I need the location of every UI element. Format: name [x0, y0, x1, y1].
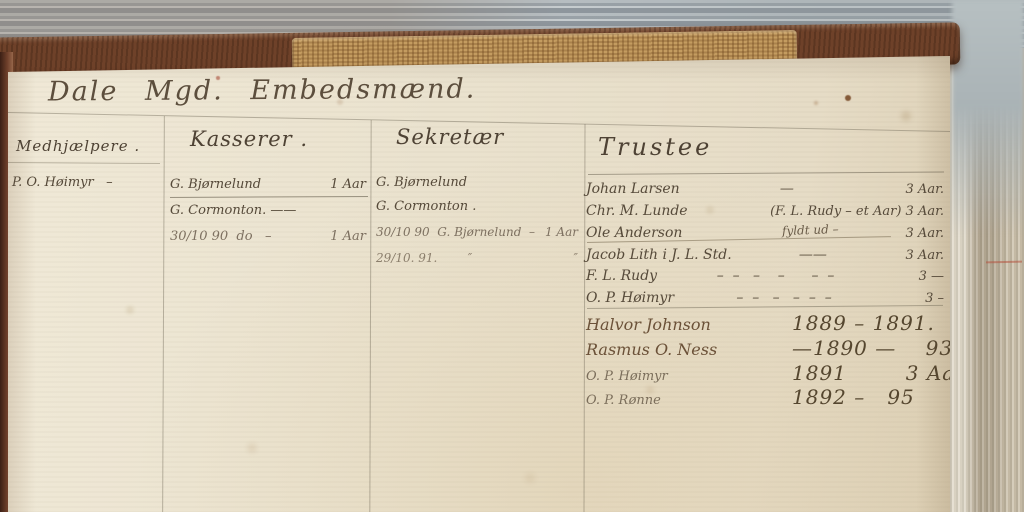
page-title: Dale Mgd. Embedsmænd. [48, 75, 476, 108]
trustee-row: O. P. Høimyr – – – – – – 3 – [586, 291, 944, 306]
trustee-name: Halvor Johnson [586, 316, 776, 334]
entry-term: 1 Aar [545, 226, 578, 239]
column-header-trustee: Trustee [598, 134, 712, 160]
medhjalpere-entry: P. O. Høimyr – [12, 176, 113, 190]
ledger-page: Dale Mgd. Embedsmænd. Medhjælpere . Kass… [8, 56, 950, 512]
trustee-row: Jacob Lith i J. L. Std. —— 3 Aar. [586, 248, 944, 263]
trustee-row: Halvor Johnson 1889 – 1891. [586, 312, 944, 334]
column-header-kasserer: Kasserer . [190, 128, 308, 151]
entry-text: 30/10 90 G. Bjørnelund – [376, 226, 535, 239]
trustee-row: Chr. M. Lunde (F. L. Rudy – et Aar) 3 Aa… [586, 204, 944, 219]
sekretar-entry-row: G. Cormonton . [376, 200, 578, 214]
column-header-medhjalpere: Medhjælpere . [16, 138, 140, 155]
trustee-dashes: — [680, 182, 894, 197]
entry-text: 29/10. 91. ″ [376, 252, 472, 265]
trustee-years: 1892 – 95 [776, 386, 944, 408]
entry-term: 1 Aar [330, 178, 366, 192]
trustee-years: 1891 3 Aar [776, 362, 966, 384]
trustee-name: O. P. Rønne [586, 394, 776, 408]
trustee-term: 3 — [894, 270, 944, 284]
trustee-name: Chr. M. Lunde [586, 204, 688, 219]
kasserer-entry-row: 30/10 90 do – 1 Aar [170, 230, 366, 244]
trustee-term: 3 – [894, 292, 944, 306]
trustee-name: O. P. Høimyr [586, 370, 776, 384]
trustee-row: F. L. Rudy – – – – – – 3 — [586, 269, 944, 284]
entry-term: ″ [574, 252, 578, 265]
trustee-name: F. L. Rudy [586, 269, 657, 284]
trustee-dashes: —— [732, 248, 894, 263]
trustee-name: O. P. Høimyr [586, 291, 674, 306]
trustee-years: —1890 — 93 [776, 337, 953, 359]
kasserer-entry-row: G. Cormonton. —— [170, 204, 366, 218]
trustee-row: O. P. Rønne 1892 – 95 [586, 386, 944, 408]
trustee-name: Rasmus O. Ness [586, 341, 776, 359]
trustee-term: 3 Aar. [894, 249, 944, 263]
trustee-name: Jacob Lith i J. L. Std. [586, 248, 732, 263]
entry-text: G. Bjørnelund [170, 178, 261, 192]
fore-edge-blur [952, 0, 1024, 235]
trustee-dashes: – – – – – – [657, 269, 894, 284]
sekretar-entry-row: G. Bjørnelund [376, 176, 578, 190]
trustee-years: 1889 – 1891. [776, 312, 944, 334]
trustee-row: Ole Anderson 3 Aar. [586, 226, 944, 241]
trustee-annotation: (F. L. Rudy – et Aar) 3 Aar. [688, 205, 944, 219]
trustee-name: Ole Anderson [586, 226, 682, 241]
entry-text: G. Bjørnelund [376, 176, 467, 190]
trustee-name: Johan Larsen [586, 182, 680, 197]
kasserer-entry-row: G. Bjørnelund 1 Aar [170, 178, 366, 192]
column-header-sekretar: Sekretær [396, 126, 504, 149]
sekretar-entry-row: 29/10. 91. ″ ″ [376, 252, 578, 265]
sekretar-entry-row: 30/10 90 G. Bjørnelund – 1 Aar [376, 226, 578, 239]
entry-text: G. Cormonton. —— [170, 204, 296, 218]
trustee-term: 3 Aar. [894, 227, 944, 241]
trustee-dashes: – – – – – – [674, 291, 894, 306]
entry-text: 30/10 90 do – [170, 230, 271, 244]
entry-text: G. Cormonton . [376, 200, 476, 214]
trustee-term: 3 Aar. [894, 183, 944, 197]
trustee-row: Rasmus O. Ness —1890 — 93 [586, 337, 944, 359]
trustee-row: Johan Larsen — 3 Aar. [586, 182, 944, 197]
scanned-ledger-photo: Dale Mgd. Embedsmænd. Medhjælpere . Kass… [0, 0, 1024, 512]
entry-term: 1 Aar [330, 230, 366, 244]
trustee-row: O. P. Høimyr 1891 3 Aar [586, 362, 944, 384]
